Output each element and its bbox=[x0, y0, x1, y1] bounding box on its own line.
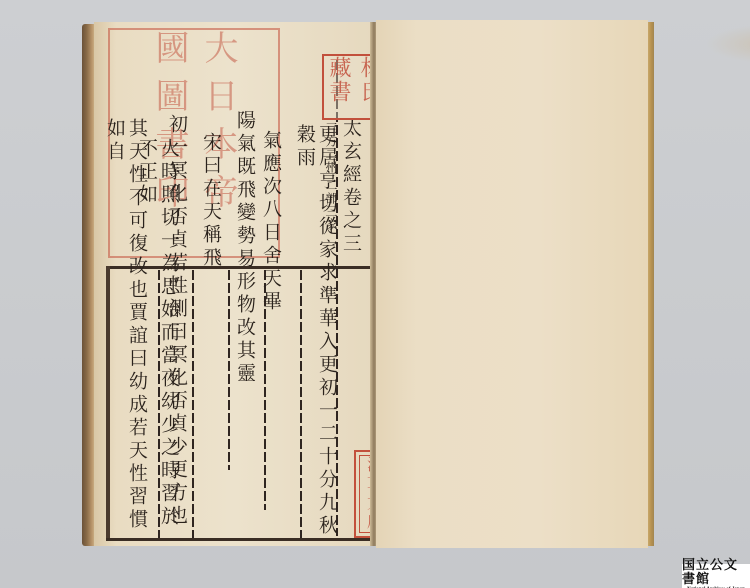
text-column-2: 氣應次八日舍天畢 bbox=[260, 130, 282, 314]
text-column-1: 更居亨切從家求準華入更初一二十分九秋穀雨 bbox=[294, 124, 338, 546]
column-rule bbox=[192, 270, 194, 538]
text-column-7: 其天性不可復改也賈誼曰幼成若天性習慣如自 bbox=[104, 118, 148, 546]
text-column-4: 宋曰在天稱飛 bbox=[200, 132, 222, 270]
archive-watermark: 国立公文書館 National Archives of Japan bbox=[682, 564, 750, 588]
open-book: 大日本帝國圖書印 太玄經卷之三 三方二州 二部三家 更居亨切從家求準華入更初一二… bbox=[82, 20, 654, 550]
right-page-edge bbox=[648, 22, 654, 546]
watermark-japanese: 国立公文書館 bbox=[682, 559, 750, 587]
column-rule bbox=[228, 270, 230, 470]
left-page: 大日本帝國圖書印 太玄經卷之三 三方二州 二部三家 更居亨切從家求準華入更初一二… bbox=[94, 22, 372, 546]
right-page-blank bbox=[376, 20, 648, 548]
title-column: 太玄經卷之三 bbox=[340, 118, 362, 256]
text-column-3: 陽氣既飛變勢易形物改其靈 bbox=[234, 110, 256, 386]
